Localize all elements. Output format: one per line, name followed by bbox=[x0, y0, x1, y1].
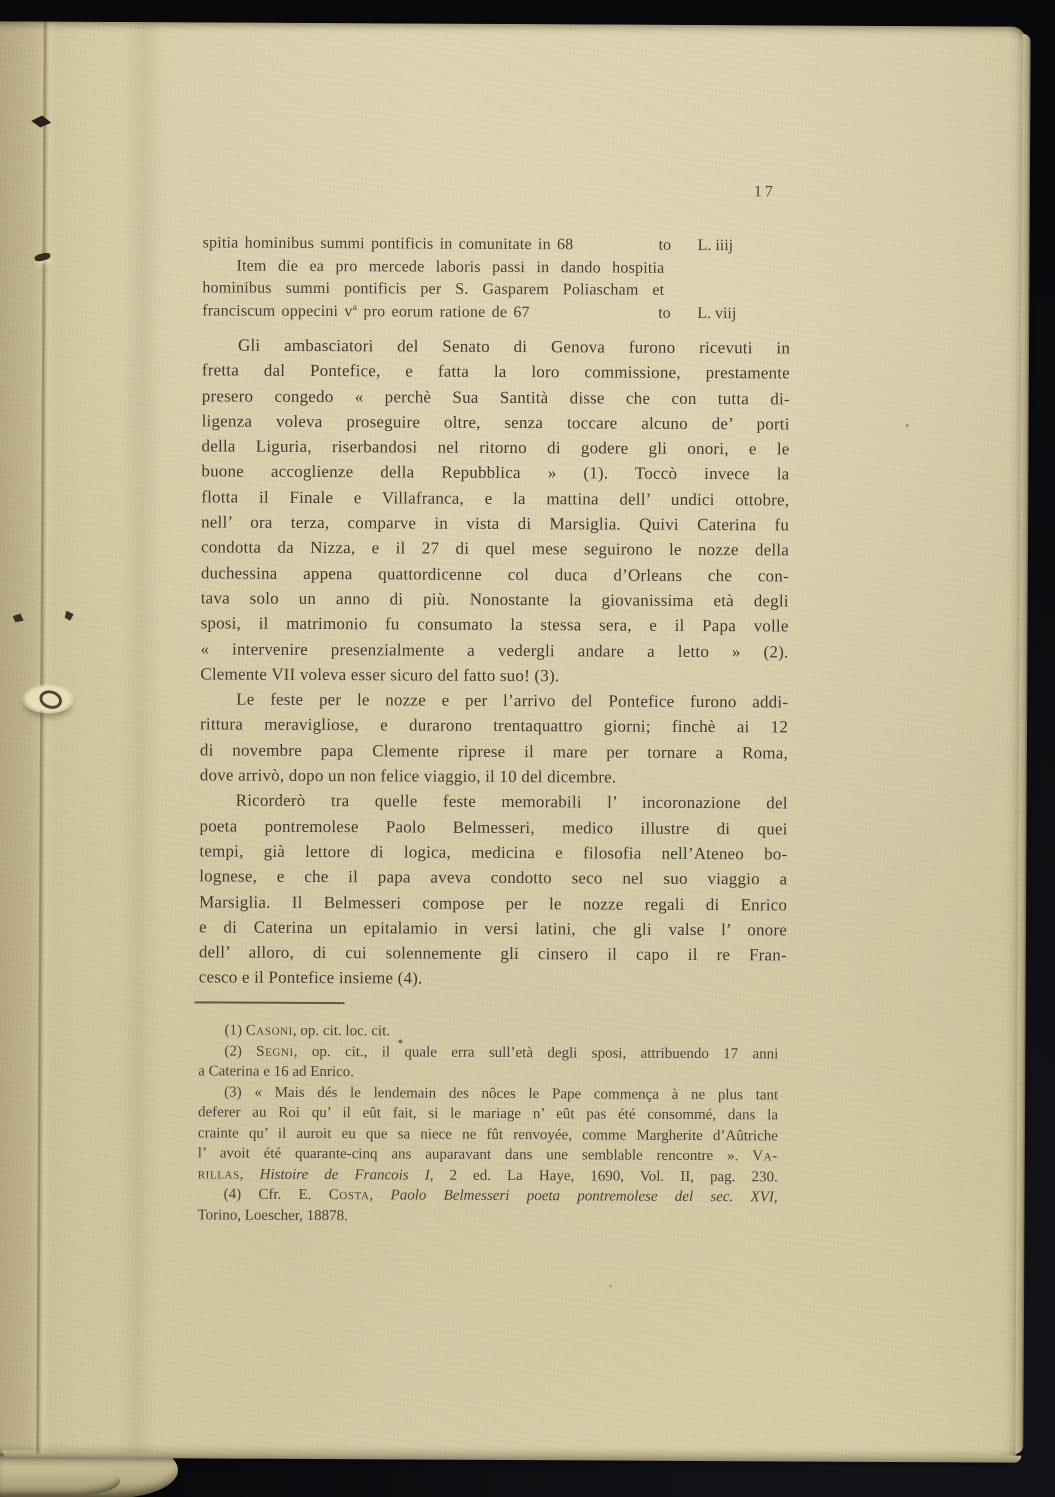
body-line: tava solo un anno di più. Nonostante la … bbox=[201, 585, 789, 613]
footnote-line: deferer au Roi qu’ il eût fait, si le ma… bbox=[198, 1102, 778, 1126]
footnote-separator bbox=[195, 1001, 345, 1004]
body-line: poeta pontremolese Paolo Belmesseri, med… bbox=[199, 813, 787, 841]
body-line: dell’ alloro, di cui solennemente gli ci… bbox=[199, 940, 787, 968]
ledger-line: hominibus summi pontificis per S. Gaspar… bbox=[202, 277, 790, 303]
scanner-background: 17 spitia hominibus summi pontificis in … bbox=[0, 0, 1055, 1497]
body-line: « intervenire presenzialmente a vedergli… bbox=[200, 636, 788, 664]
body-line: e di Caterina un epitalamio in versi lat… bbox=[199, 914, 787, 942]
ledger-line: franciscum oppecini va pro eorum ratione… bbox=[202, 300, 790, 326]
body-line: cesco e il Pontefice insieme (4). bbox=[199, 965, 787, 993]
body-line: di novembre papa Clemente riprese il mar… bbox=[200, 737, 788, 765]
footnote-line: (4) Cfr. E. Costa, Paolo Belmesseri poet… bbox=[198, 1184, 778, 1208]
body-line: duchessina appena quattordicenne col duc… bbox=[201, 560, 789, 588]
body-line: tempi, già lettore di logica, medicina e… bbox=[199, 838, 787, 866]
footnote-line: l’ avoit été quarante-cinq ans auparavan… bbox=[198, 1143, 778, 1167]
body-line: della Liguria, riserbandosi nel ritorno … bbox=[201, 434, 789, 462]
body-line: flotta il Finale e Villafranca, e la mat… bbox=[201, 484, 789, 512]
footnote-line: Torino, Loescher, 18878. bbox=[197, 1205, 777, 1229]
body-line: condotta da Nizza, e il 27 di quel mese … bbox=[201, 535, 789, 563]
body-line: buone accoglienze della Repubblica » (1)… bbox=[201, 459, 789, 487]
body-line: dove arrivò, dopo un non felice viaggio,… bbox=[200, 762, 788, 790]
ledger-excerpt: spitia hominibus summi pontificis in com… bbox=[202, 232, 790, 325]
body-line: Clemente VII voleva esser sicuro del fat… bbox=[200, 661, 788, 689]
under-page-curl bbox=[0, 1466, 120, 1496]
footnote-line: (1) Casoni, op. cit. loc. cit. bbox=[198, 1020, 778, 1044]
page-number: 17 bbox=[754, 183, 776, 201]
ledger-line: spitia hominibus summi pontificis in com… bbox=[203, 232, 791, 258]
body-line: ligenza voleva proseguire oltre, senza t… bbox=[202, 408, 790, 436]
body-text: Gli ambasciatori del Senato di Genova fu… bbox=[199, 332, 790, 993]
ledger-line: Item die ea pro mercede laboris passi in… bbox=[202, 255, 790, 281]
body-line: Le feste per le nozze e per l’arrivo del… bbox=[200, 687, 788, 715]
body-line: nell’ ora terza, comparve in vista di Ma… bbox=[201, 509, 789, 537]
body-line: lognese, e che il papa aveva condotto se… bbox=[199, 864, 787, 892]
body-line: Ricorderò tra quelle feste memorabili l’… bbox=[200, 788, 788, 816]
body-line: Marsiglia. Il Belmesseri compose per le … bbox=[199, 889, 787, 917]
body-line: Gli ambasciatori del Senato di Genova fu… bbox=[202, 332, 790, 360]
footnote-line: a Caterina e 16 ad Enrico. bbox=[198, 1061, 778, 1085]
body-line: fretta dal Pontefice, e fatta la loro co… bbox=[202, 358, 790, 386]
printed-content: 17 spitia hominibus summi pontificis in … bbox=[0, 21, 1026, 1458]
footnotes: (1) Casoni, op. cit. loc. cit.(2) Segni,… bbox=[197, 1020, 778, 1228]
body-line: presero congedo « perchè Sua Santità dis… bbox=[202, 383, 790, 411]
body-line: rittura meravigliose, e durarono trentaq… bbox=[200, 712, 788, 740]
body-line: sposi, il matrimonio fu consumato la ste… bbox=[201, 611, 789, 639]
book-page: 17 spitia hominibus summi pontificis in … bbox=[0, 21, 1026, 1458]
